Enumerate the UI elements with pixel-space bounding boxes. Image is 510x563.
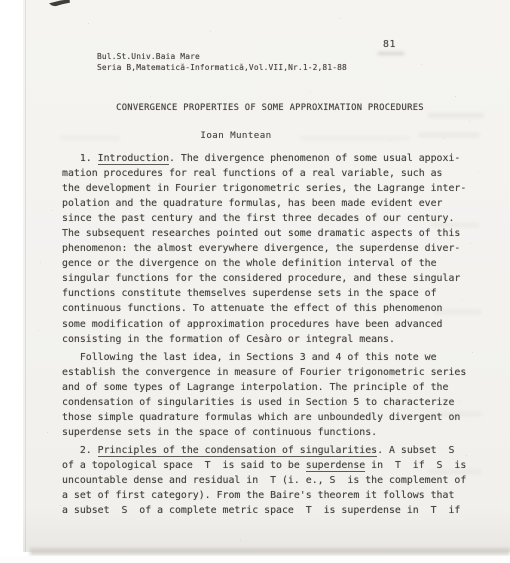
- text-line: consisting in the formation of Cesàro or…: [62, 332, 464, 347]
- text-line: continuous functions. To attenuate the e…: [62, 301, 464, 316]
- text-line: of a topological space T is said to be s…: [62, 458, 464, 473]
- paragraph: 2. Principles of the condensation of sin…: [62, 443, 464, 518]
- paper-body: 1. Introduction. The divergence phenomen…: [62, 151, 464, 518]
- journal-header-line1: Bul.St.Univ.Baia Mare: [97, 52, 200, 61]
- text-line: functions constitute themselves superden…: [62, 286, 464, 301]
- scan-noise: [0, 0, 1, 1]
- text-line: some modification of approximation proce…: [62, 317, 464, 332]
- text-line: the development in Fourier trigonometric…: [62, 181, 464, 196]
- text-line: Following the last idea, in Sections 3 a…: [62, 350, 464, 365]
- text-line: uncountable dense and residual in T (i. …: [62, 473, 464, 488]
- page-bottom-shadow: [30, 548, 510, 555]
- journal-header: Bul.St.Univ.Baia Mare Seria B,Matematică…: [97, 52, 347, 73]
- text-line: superdense sets in the space of continuo…: [62, 425, 464, 440]
- text-line: mation procedures for real functions of …: [62, 166, 464, 181]
- text-line: and of some types of Lagrange interpolat…: [62, 380, 464, 395]
- page-number: 81: [383, 39, 396, 50]
- ink-bleed-smudge: [428, 113, 484, 118]
- text-line: gence or the divergence on the whole def…: [62, 256, 464, 271]
- text-line: a set of first category). From the Baire…: [62, 488, 464, 503]
- text-line: 1. Introduction. The divergence phenomen…: [62, 151, 464, 166]
- smudge: [378, 52, 404, 55]
- text-line: a subset S of a complete metric space T …: [62, 503, 464, 518]
- text-line: condensation of singularities is used in…: [62, 395, 464, 410]
- text-line: The subsequent researches pointed out so…: [62, 226, 464, 241]
- author-name: Ioan Muntean: [46, 130, 426, 141]
- ink-bleed-smudge: [418, 133, 480, 137]
- scan-margin-bottom: [0, 556, 510, 563]
- text-line: singular functions for the considered pr…: [62, 271, 464, 286]
- paragraph: Following the last idea, in Sections 3 a…: [62, 350, 464, 440]
- paper-title: CONVERGENCE PROPERTIES OF SOME APPROXIMA…: [80, 103, 460, 113]
- text-line: 2. Principles of the condensation of sin…: [62, 443, 464, 458]
- paragraph: 1. Introduction. The divergence phenomen…: [62, 151, 464, 347]
- text-line: phenomenon: the almost everywhere diverg…: [62, 241, 464, 256]
- page-edge-fold: [25, 0, 26, 552]
- text-line: since the past century and the first thr…: [62, 211, 464, 226]
- text-line: those simple quadrature formulas which a…: [62, 410, 464, 425]
- journal-header-line2: Seria B,Matematică-Informatică,Vol.VII,N…: [97, 63, 347, 72]
- text-line: establish the convergence in measure of …: [62, 365, 464, 380]
- text-line: polation and the quadrature formulas, ha…: [62, 196, 464, 211]
